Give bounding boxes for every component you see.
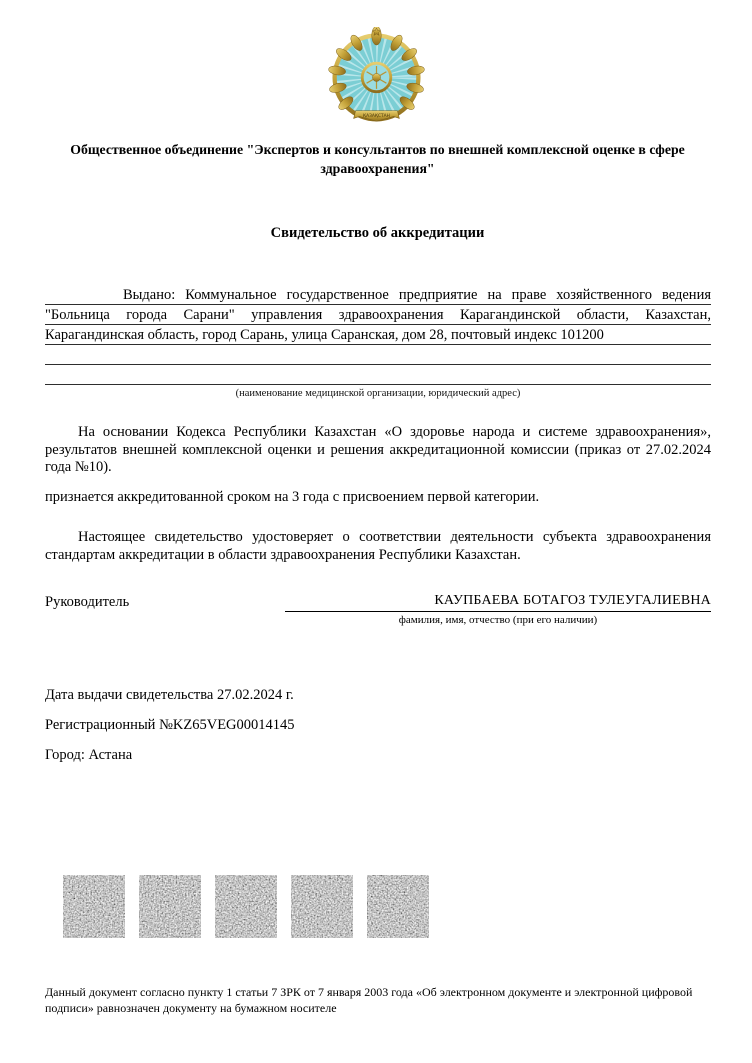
certificate-details: Дата выдачи свидетельства 27.02.2024 г. … [45, 687, 295, 777]
basis-paragraph: На основании Кодекса Республики Казахста… [45, 424, 711, 477]
signature-stamp-icon [215, 875, 277, 938]
certify-paragraph: Настоящее свидетельство удостоверяет о с… [45, 529, 711, 564]
issued-caption: (наименование медицинской организации, ю… [45, 388, 711, 399]
signature-stamp-icon [291, 875, 353, 938]
signature-field: КАУПБАЕВА БОТАГОЗ ТУЛЕУГАЛИЕВНА фамилия,… [285, 593, 711, 626]
digital-signature-stamps-row [63, 875, 429, 938]
signature-stamp-icon [139, 875, 201, 938]
registration-number-line: Регистрационный №KZ65VEG00014145 [45, 717, 295, 734]
accreditation-certificate-page: ҚАЗАҚСТАН Общественное объединение "Эксп… [0, 0, 752, 1063]
signature-stamp-icon [63, 875, 125, 938]
signature-name: КАУПБАЕВА БОТАГОЗ ТУЛЕУГАЛИЕВНА [285, 593, 711, 612]
issue-date-line: Дата выдачи свидетельства 27.02.2024 г. [45, 687, 295, 704]
signature-caption: фамилия, имя, отчество (при его наличии) [285, 614, 711, 626]
kazakhstan-state-emblem-icon: ҚАЗАҚСТАН [328, 27, 425, 126]
ruled-lines: Выдано: Коммунальное государственное пре… [45, 285, 711, 385]
document-title: Свидетельство об аккредитации [45, 225, 710, 242]
issued-label: Выдано [123, 287, 171, 303]
issued-paragraph: Выдано: Коммунальное государственное пре… [45, 285, 711, 345]
signature-role-label: Руководитель [45, 594, 129, 611]
legal-footer-text: Данный документ согласно пункту 1 статьи… [45, 984, 713, 1016]
issued-to-section: Выдано: Коммунальное государственное пре… [45, 285, 711, 399]
signature-stamp-icon [367, 875, 429, 938]
city-line: Город: Астана [45, 747, 295, 764]
emblem-banner-label: ҚАЗАҚСТАН [363, 113, 390, 119]
recognition-paragraph: признается аккредитованной сроком на 3 г… [45, 489, 711, 507]
organization-title: Общественное объединение "Экспертов и ко… [45, 141, 710, 178]
